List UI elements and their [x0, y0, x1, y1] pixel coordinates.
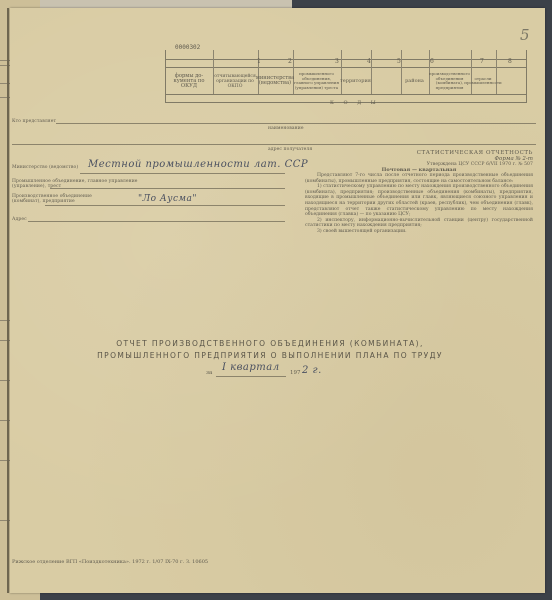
sent-to-line	[56, 123, 536, 124]
sent-to-label: Кто представляет	[12, 119, 56, 124]
col-number-7: 7	[480, 58, 484, 65]
header-territory: территория	[341, 68, 370, 94]
col-number-1: 1	[257, 58, 261, 65]
instructions-paragraph-0: Представляют 7-го числа после отчетного …	[305, 173, 533, 184]
enterprise-value[interactable]: "Ло Аусма"	[138, 194, 197, 204]
address-field-line	[28, 221, 285, 222]
address-field-label: Адрес	[12, 217, 27, 222]
enterprise-line	[45, 205, 285, 206]
instructions-paragraph-1: 1) статистическому управлению по месту н…	[305, 184, 533, 218]
header-district: района	[401, 68, 428, 94]
period-value[interactable]: I квартал	[222, 362, 280, 373]
printer-imprint: Рижское отделение ВГП «Поиздкотехника». …	[12, 559, 208, 565]
header-okud: формы до-кумента по ОКУД	[166, 68, 212, 94]
year-suffix[interactable]: 2 г.	[302, 365, 322, 376]
instructions-paragraph-2: 2) инспектору, информационно-вычислитель…	[305, 218, 533, 229]
header-okpo: отчитывающейся организации по ОКПО	[213, 68, 257, 94]
header-ministry: министерства (ведомства)	[258, 68, 292, 94]
trust-line	[50, 188, 285, 189]
instructions-paragraph-3: 3) своей вышестоящей организации.	[305, 229, 533, 235]
page-number: 5	[520, 26, 530, 44]
col-number-2: 2	[288, 58, 292, 65]
address-line	[12, 144, 536, 145]
col-number-3: 3	[335, 58, 339, 65]
report-title-line1: ОТЧЕТ ПРОИЗВОДСТВЕННОГО ОБЪЕДИНЕНИЯ (КОМ…	[60, 339, 480, 348]
col-number-5: 5	[397, 58, 401, 65]
codes-footer-label: К О Д Ы	[330, 100, 380, 106]
statistical-reporting-block: СТАТИСТИЧЕСКАЯ ОТЧЕТНОСТЬ Форма № 2-т Ут…	[305, 150, 533, 235]
page-binding	[7, 8, 9, 593]
header-trust: промышленного объединения, главного упра…	[293, 68, 340, 94]
enterprise-label: Производственное объединение (комбинат),…	[12, 194, 122, 204]
header-industry: отрасли промышленности	[471, 68, 495, 94]
ministry-value[interactable]: Местной промышленности лат. ССР	[88, 159, 308, 170]
period-prefix: за	[206, 370, 212, 376]
name-caption: наименование	[268, 126, 304, 131]
ministry-label: Министерство (ведомство)	[12, 165, 78, 170]
col-number-8: 8	[508, 58, 512, 65]
col-number-4: 4	[367, 58, 371, 65]
report-title-line2: ПРОМЫШЛЕННОГО ПРЕДПРИЯТИЯ О ВЫПОЛНЕНИИ П…	[60, 351, 480, 360]
period-line	[216, 376, 286, 377]
col-number-6: 6	[430, 58, 434, 65]
year-prefix: 197	[290, 370, 301, 376]
ministry-line	[80, 173, 285, 174]
